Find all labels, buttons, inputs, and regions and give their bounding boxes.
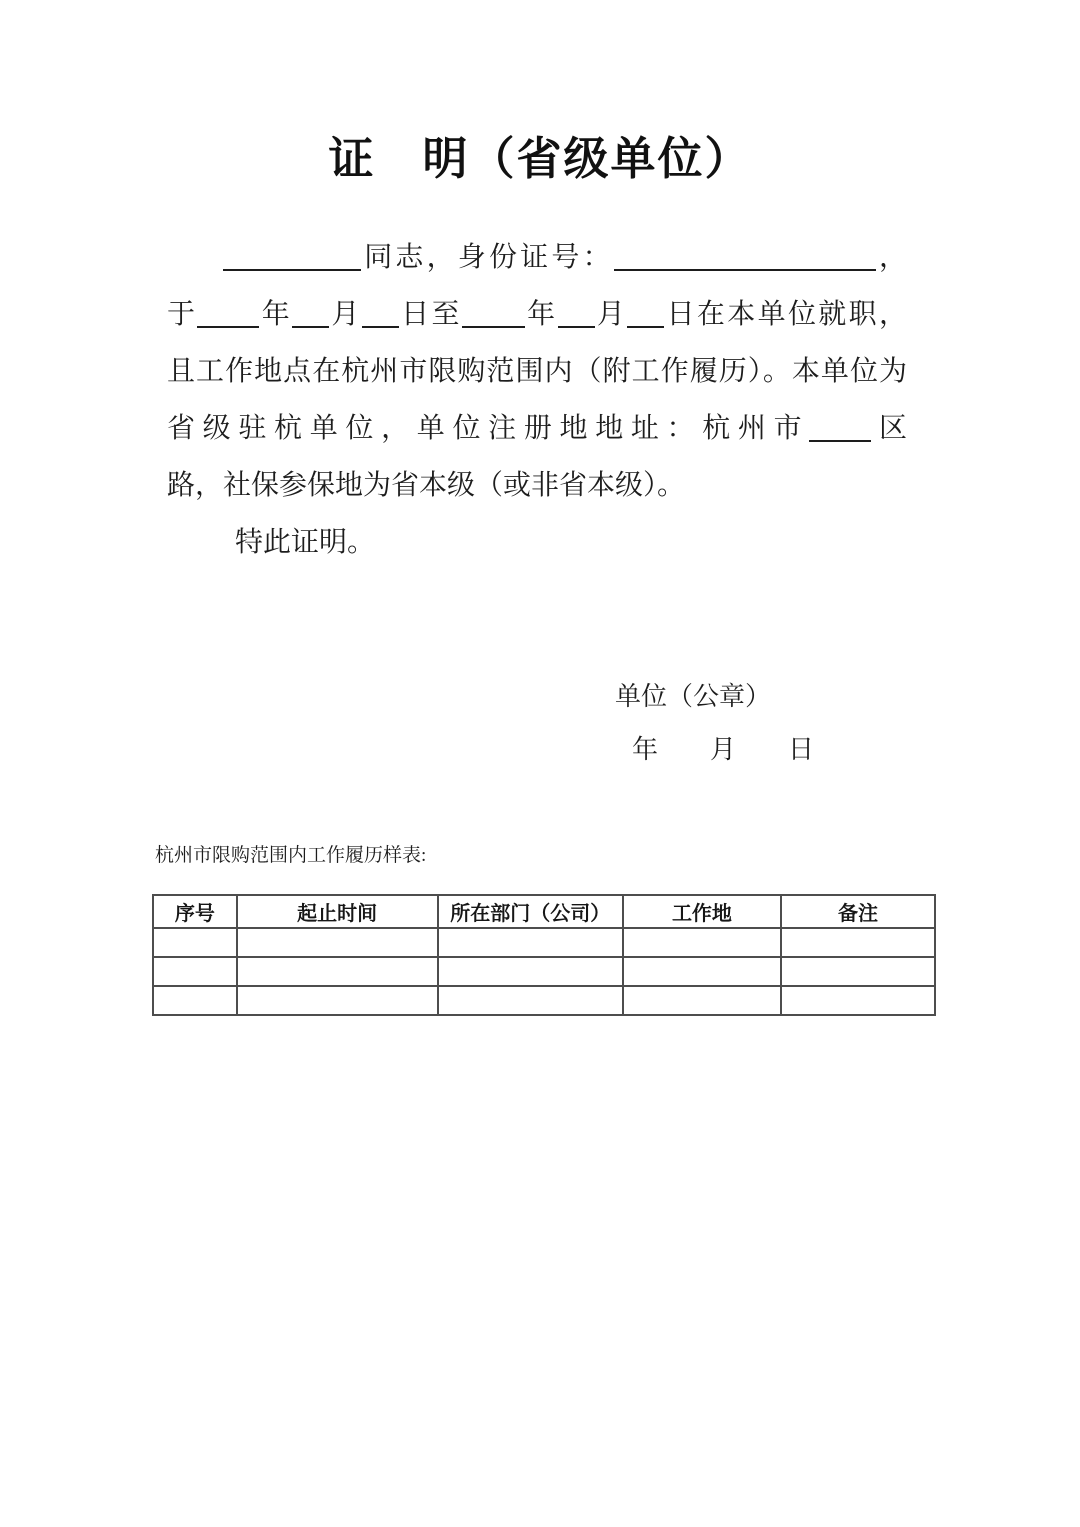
paragraph-text: 于 [167,299,197,330]
table-header-cell: 备注 [781,895,935,928]
table-header-cell: 序号 [153,895,237,928]
paragraph-text: 月 [329,299,362,330]
table-cell [438,928,623,957]
table-cell [623,928,781,957]
work-history-table-caption: 杭州市限购范围内工作履历样表: [155,845,1080,867]
paragraph-text: 年 [525,299,558,330]
table-cell [153,928,237,957]
paragraph-text: 且工作地点在杭州市限购范围内（附工作履历）。本单位为 [167,356,907,387]
paragraph-text: 月 [595,299,628,330]
table-header-cell: 起止时间 [237,895,438,928]
fill-in-blank [197,326,259,328]
date-line: 年月日 [632,735,1080,765]
table-cell [153,957,237,986]
table-cell [781,986,935,1015]
table-cell [623,986,781,1015]
fill-in-blank [223,269,361,271]
table-cell [237,928,438,957]
fill-in-blank [362,326,399,328]
paragraph-text: 日至 [399,299,462,330]
paragraph-text: 省级驻杭单位，单位注册地地址：杭州市 [167,413,809,444]
table-cell [438,986,623,1015]
paragraph-text: 日在本单位就职， [664,299,907,330]
table-cell [781,928,935,957]
table-cell [237,986,438,1015]
date-token: 年 [632,735,658,765]
paragraph-text: ， [876,242,907,273]
date-token: 月 [710,735,736,765]
fill-in-blank [627,326,664,328]
signature-block: 单位（公章） 年月日 [615,682,1080,765]
table-header-cell: 工作地 [623,895,781,928]
unit-seal-label: 单位（公章） [615,682,1080,712]
fill-in-blank [809,440,871,442]
table-cell [237,957,438,986]
paragraph-line-employment-dates: 于年月日至年月日在本单位就职， [167,286,907,343]
certificate-page: 证 明（省级单位） 同志，身份证号：，于年月日至年月日在本单位就职，且工作地点在… [0,0,1080,1527]
paragraph-text: 路，社保参保地为省本级（或非省本级）。 [167,470,685,501]
table-row [153,928,935,957]
table-header-row: 序号起止时间所在部门（公司）工作地备注 [153,895,935,928]
table-row [153,957,935,986]
date-token: 日 [788,735,814,765]
table-cell [153,986,237,1015]
paragraph-line-hereby-certify: 特此证明。 [167,514,907,571]
work-history-table: 序号起止时间所在部门（公司）工作地备注 [152,894,936,1016]
fill-in-blank [462,326,525,328]
paragraph-text: 同志，身份证号： [361,242,614,273]
paragraph-text: 区 [871,413,907,444]
paragraph-text: 年 [259,299,292,330]
table-cell [623,957,781,986]
document-title: 证 明（省级单位） [0,133,1080,185]
table-cell [438,957,623,986]
table-row [153,986,935,1015]
paragraph-line-work-location: 且工作地点在杭州市限购范围内（附工作履历）。本单位为 [167,343,907,400]
paragraph-text: 特此证明。 [235,527,375,558]
table-header-cell: 所在部门（公司） [438,895,623,928]
certificate-body: 同志，身份证号：，于年月日至年月日在本单位就职，且工作地点在杭州市限购范围内（附… [167,229,907,571]
paragraph-line-comrade-id: 同志，身份证号：， [167,229,907,286]
paragraph-line-unit-address: 省级驻杭单位，单位注册地地址：杭州市区 [167,400,907,457]
paragraph-line-social-security: 路，社保参保地为省本级（或非省本级）。 [167,457,907,514]
fill-in-blank [614,269,876,271]
fill-in-blank [292,326,329,328]
table-cell [781,957,935,986]
fill-in-blank [558,326,595,328]
